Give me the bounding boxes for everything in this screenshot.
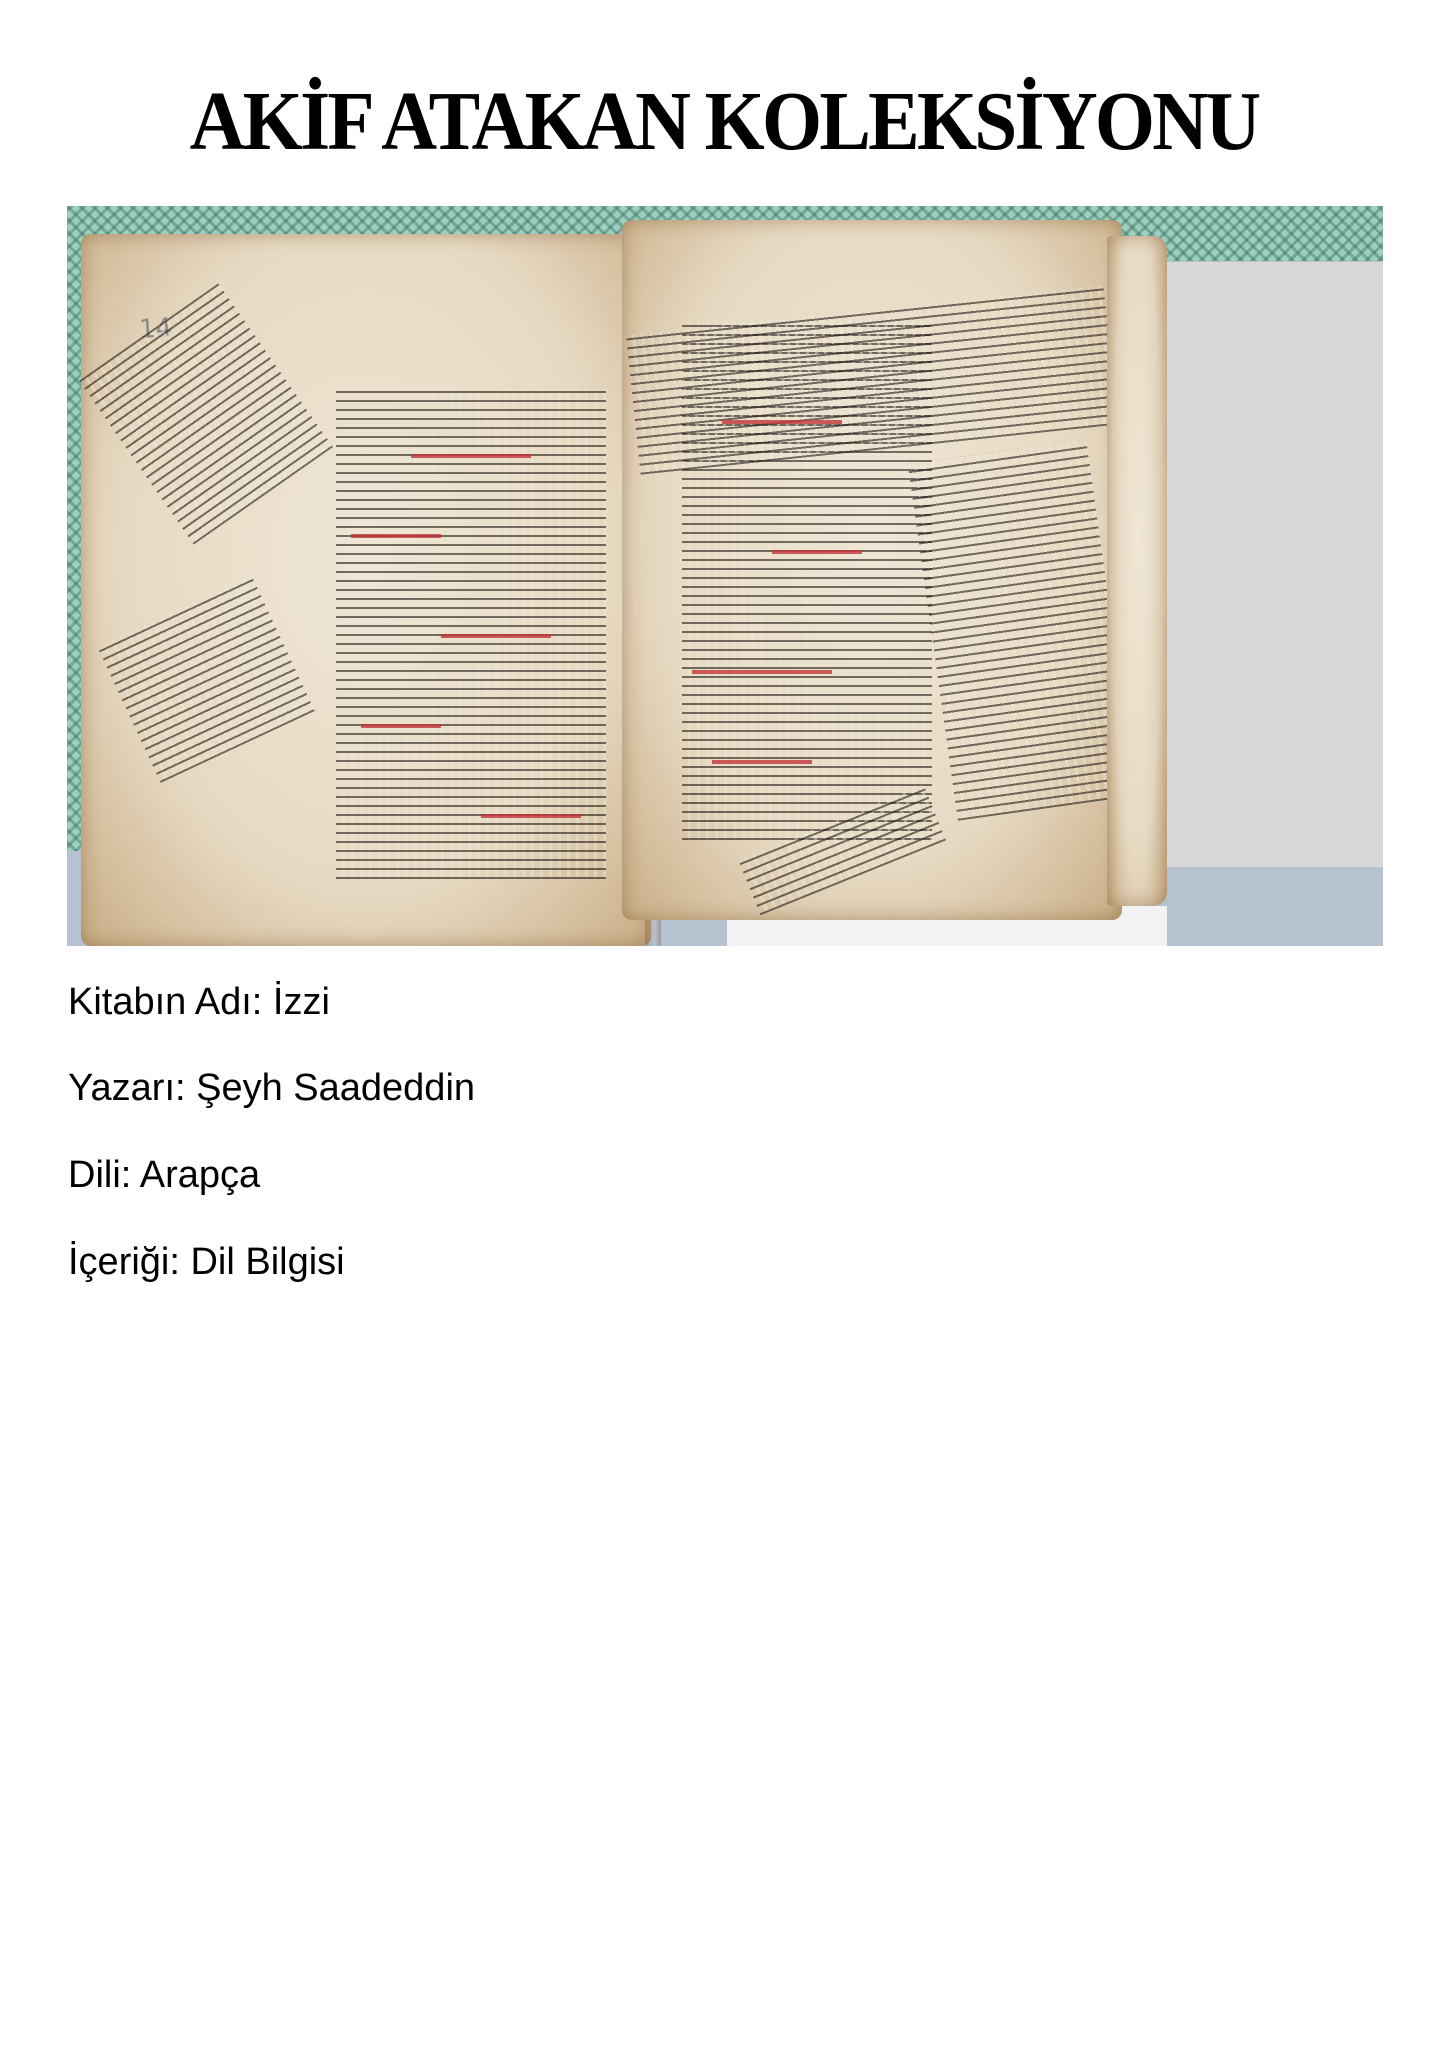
left-margin-note-bottom [97,575,314,783]
left-red-rubric-2 [351,534,441,538]
left-red-rubric-3 [441,634,551,638]
book-title-line: Kitabın Adı: İzzi [68,980,330,1024]
manuscript-page-edges [1107,236,1167,906]
right-red-rubric-1 [722,420,842,424]
left-red-rubric-1 [411,454,531,458]
left-margin-note-top [79,283,333,544]
photo-gray-board [1157,261,1383,868]
right-red-rubric-2 [772,550,862,554]
left-red-rubric-5 [481,814,581,818]
right-red-rubric-3 [692,670,832,674]
manuscript-left-page: 14 [81,234,651,946]
right-red-rubric-4 [712,760,812,764]
content-line: İçeriği: Dil Bilgisi [68,1240,345,1284]
manuscript-right-page [622,220,1122,920]
author-line: Yazarı: Şeyh Saadeddin [68,1066,475,1110]
manuscript-photo: 14 [67,206,1383,946]
language-line: Dili: Arapça [68,1153,260,1197]
left-red-rubric-4 [361,724,441,728]
page-title: AKİF ATAKAN KOLEKSİYONU [58,72,1390,172]
right-margin-note-side [908,439,1136,821]
